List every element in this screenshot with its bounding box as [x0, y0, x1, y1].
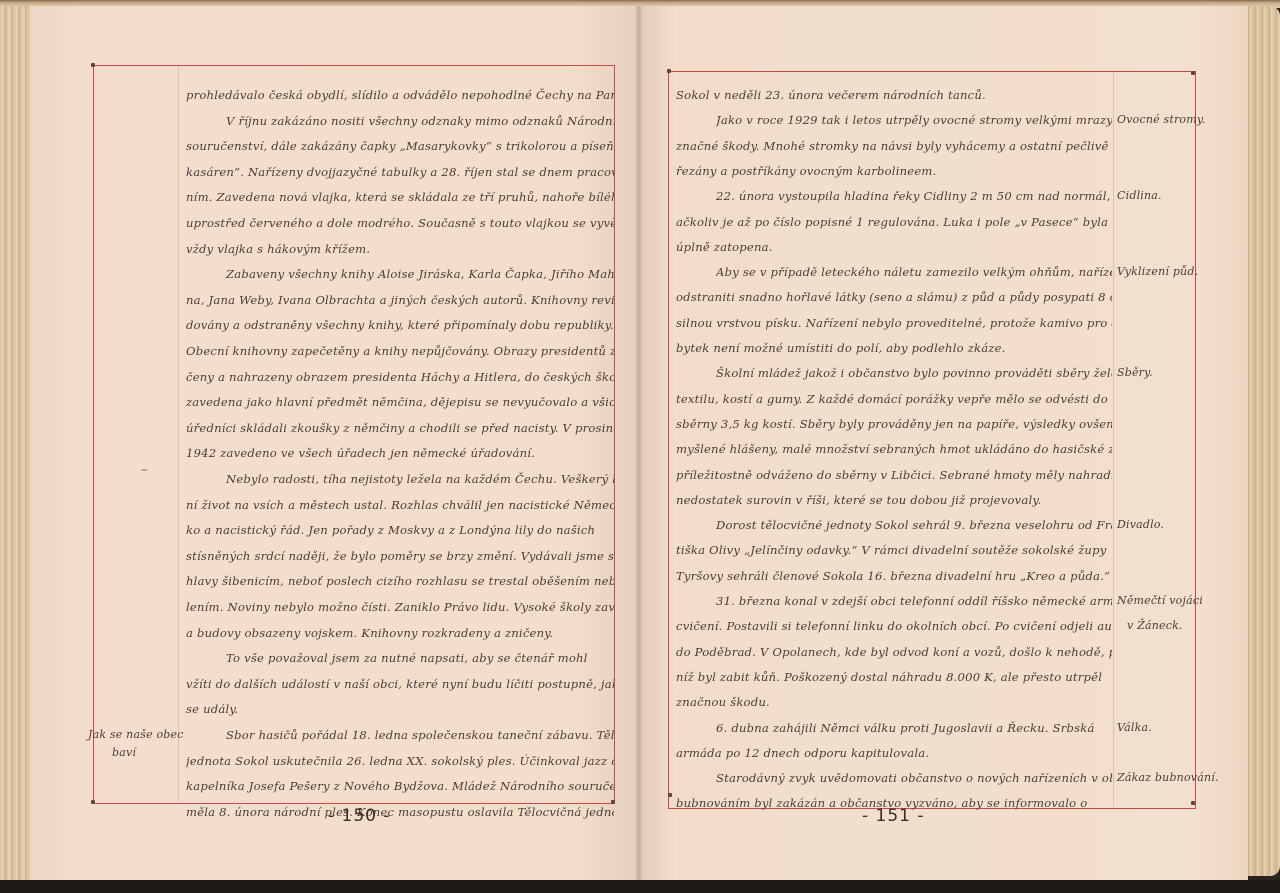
handwritten-line: lením. Noviny nebylo možno čísti. Zanikl…: [186, 596, 614, 618]
handwritten-line: vždy vlajka s hákovým křížem.: [186, 238, 614, 260]
handwritten-line: odstraniti snadno hořlavé látky (seno a …: [676, 286, 1112, 308]
handwritten-line: kasáren“. Nařízeny dvojjazyčné tabulky a…: [186, 161, 614, 183]
page-number-left: - 150 -: [328, 806, 391, 826]
handwritten-line: Dorost tělocvičné jednoty Sokol sehrál 9…: [716, 514, 1112, 536]
handwritten-line: značnou škodu.: [676, 691, 1112, 713]
margin-note: Sběry.: [1117, 365, 1153, 381]
handwritten-line: armáda po 12 dnech odporu kapitulovala.: [676, 742, 1112, 764]
handwritten-line: vžíti do dalších událostí v naší obci, k…: [186, 673, 614, 695]
handwritten-line: cvičení. Postavili si telefonní linku do…: [676, 615, 1112, 637]
margin-note: Válka.: [1117, 720, 1152, 736]
left-margin-rule: [178, 66, 179, 802]
handwritten-line: na, Jana Weby, Ivana Olbrachta a jiných …: [186, 289, 614, 311]
frame-corner-mark: [91, 800, 95, 804]
stray-pencil-mark: –: [141, 462, 148, 478]
margin-note: Němečtí vojáci: [1117, 593, 1203, 609]
handwritten-line: 1942 zavedeno ve všech úřadech jen němec…: [186, 442, 614, 464]
margin-note: Divadlo.: [1117, 517, 1164, 533]
handwritten-line: hlavy šibenicím, neboť poslech cizího ro…: [186, 570, 614, 592]
handwritten-line: dovány a odstraněny všechny knihy, které…: [186, 314, 614, 336]
handwritten-line: bytek není možné umístiti do polí, aby p…: [676, 337, 1112, 359]
margin-note: Zákaz bubnování.: [1117, 770, 1219, 786]
handwritten-line: tiška Olivy „Jelínčiny odavky.“ V rámci …: [676, 539, 1112, 561]
handwritten-line: ním. Zavedena nová vlajka, která se sklá…: [186, 186, 614, 208]
margin-note: Jak se naše obec: [88, 727, 184, 743]
handwritten-line: úředníci skládali zkoušky z němčiny a ch…: [186, 417, 614, 439]
handwritten-line: V říjnu zakázáno nositi všechny odznaky …: [226, 110, 614, 132]
handwritten-line: Sbor hasičů pořádal 18. ledna společensk…: [226, 724, 614, 746]
frame-corner-mark: [667, 69, 671, 73]
handwritten-line: ko a nacistický řád. Jen pořady z Moskvy…: [186, 519, 614, 541]
handwritten-line: zavedena jako hlavní předmět němčina, dě…: [186, 391, 614, 413]
open-book: prohledávalo česká obydlí, slídilo a odv…: [0, 0, 1280, 893]
right-page-edges: [1246, 6, 1280, 876]
handwritten-line: ačkoliv je až po číslo popisné 1 regulov…: [676, 211, 1112, 233]
handwritten-line: 22. února vystoupila hladina řeky Cidlin…: [716, 185, 1112, 207]
handwritten-line: kapelníka Josefa Pešery z Nového Bydžova…: [186, 775, 614, 797]
handwritten-line: čeny a nahrazeny obrazem presidenta Hách…: [186, 366, 614, 388]
handwritten-line: prohledávalo česká obydlí, slídilo a odv…: [186, 84, 614, 106]
margin-note: Vyklizení půd.: [1117, 264, 1198, 280]
handwritten-line: silnou vrstvou písku. Nařízení nebylo pr…: [676, 312, 1112, 334]
handwritten-line: Školní mládež jakož i občanstvo bylo pov…: [716, 362, 1112, 384]
handwritten-line: do Poděbrad. V Opolanech, kde byl odvod …: [676, 641, 1112, 663]
handwritten-line: Nebylo radosti, tíha nejistoty ležela na…: [226, 468, 614, 490]
handwritten-line: To vše považoval jsem za nutné napsati, …: [226, 647, 614, 669]
left-page-edges: [0, 6, 30, 882]
handwritten-line: níž byl zabit kůň. Poškozený dostal náhr…: [676, 666, 1112, 688]
book-spine: [636, 6, 642, 880]
handwritten-line: měla 8. února národní ples. Konec masopu…: [186, 801, 614, 823]
frame-corner-mark: [1191, 801, 1195, 805]
background-surface: [0, 880, 1280, 893]
handwritten-line: Jako v roce 1929 tak i letos utrpěly ovo…: [716, 109, 1112, 131]
handwritten-line: Zabaveny všechny knihy Aloise Jiráska, K…: [226, 263, 614, 285]
handwritten-line: příležitostně odváženo do sběrny v Libči…: [676, 464, 1112, 486]
handwritten-line: Tyršovy sehráli členové Sokola 16. březn…: [676, 565, 1112, 587]
handwritten-line: stísněných srdcí naději, že bylo poměry …: [186, 545, 614, 567]
margin-note: v Žáneck.: [1127, 618, 1183, 634]
handwritten-line: nedostatek surovin v říši, které se tou …: [676, 489, 1112, 511]
handwritten-line: se udály.: [186, 698, 614, 720]
handwritten-line: a budovy obsazeny vojskem. Knihovny rozk…: [186, 622, 614, 644]
margin-note: Ovocné stromy.: [1117, 112, 1206, 128]
margin-note: baví: [112, 745, 136, 761]
handwritten-line: Starodávný zvyk uvědomovati občanstvo o …: [716, 767, 1112, 789]
handwritten-line: 31. března konal v zdejší obci telefonní…: [716, 590, 1112, 612]
handwritten-line: myšlené hlášeny, malé množství sebraných…: [676, 438, 1112, 460]
frame-corner-mark: [91, 63, 95, 67]
handwritten-line: ní život na vsích a městech ustal. Rozhl…: [186, 494, 614, 516]
handwritten-line: Obecní knihovny zapečetěny a knihy nepůj…: [186, 340, 614, 362]
handwritten-line: uprostřed červeného a dole modrého. Souč…: [186, 212, 614, 234]
frame-corner-mark: [668, 793, 672, 797]
handwritten-line: textilu, kostí a gumy. Z každé domácí po…: [676, 388, 1112, 410]
right-margin-rule: [1113, 72, 1114, 807]
handwritten-line: 6. dubna zahájili Němci válku proti Jugo…: [716, 717, 1112, 739]
page-number-right: - 151 -: [862, 806, 925, 826]
margin-note: Cidlina.: [1117, 188, 1162, 204]
handwritten-line: souručenství, dále zakázány čapky „Masar…: [186, 135, 614, 157]
handwritten-line: jednota Sokol uskutečnila 26. ledna XX. …: [186, 750, 614, 772]
handwritten-line: Sokol v neděli 23. února večerem národní…: [676, 84, 1112, 106]
handwritten-line: úplně zatopena.: [676, 236, 1112, 258]
frame-corner-mark: [1191, 71, 1195, 75]
handwritten-line: sběrny 3,5 kg kostí. Sběry byly prováděn…: [676, 413, 1112, 435]
handwritten-line: řezány a postříkány ovocným karbolineem.: [676, 160, 1112, 182]
handwritten-line: značné škody. Mnohé stromky na návsi byl…: [676, 135, 1112, 157]
handwritten-line: Aby se v případě leteckého náletu zamezi…: [716, 261, 1112, 283]
